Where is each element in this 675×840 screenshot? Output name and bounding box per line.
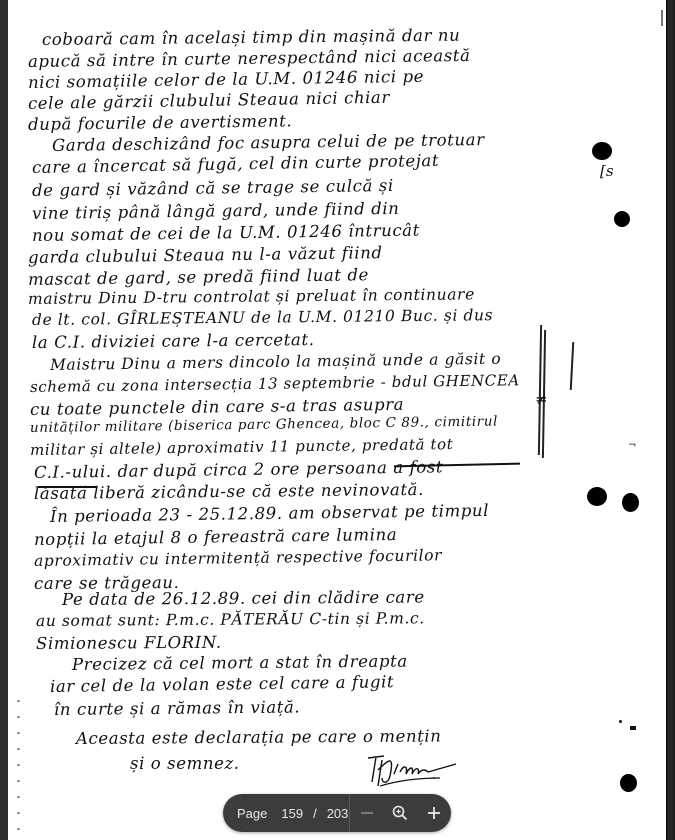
minus-icon: [360, 806, 374, 820]
page-label: Page: [237, 806, 267, 821]
document-page: coboară cam în același timp din mașină d…: [8, 0, 666, 840]
ink-blot: [587, 487, 607, 506]
page-zoom-toolbar: Page 159 / 203: [223, 794, 451, 832]
zoom-in-button[interactable]: [417, 794, 451, 832]
ink-speck: [630, 726, 636, 730]
text-line: Precizez că cel mort a stat în dreapta: [72, 651, 408, 674]
text-line: la C.I. diviziei care l-a cercetat.: [32, 330, 315, 352]
text-line: au somat sunt: P.m.c. PĂTERĂU C-tin și P…: [36, 609, 425, 630]
ink-blot: [614, 211, 630, 227]
text-line: iar cel de la volan este cel care a fugi…: [50, 672, 394, 696]
text-line: Simionescu FLORIN.: [36, 633, 222, 653]
zoom-out-button[interactable]: [350, 794, 384, 832]
text-line: și o semnez.: [130, 754, 240, 773]
text-line: în curte și a rămas în viață.: [54, 697, 300, 719]
margin-mark: ≠: [535, 390, 548, 408]
ink-blot: [622, 493, 639, 512]
text-line: care a încercat să fugă, cel din curte p…: [32, 151, 439, 177]
page-separator: /: [313, 806, 317, 821]
text-line: Pe data de 26.12.89. cei din clădire car…: [62, 587, 425, 609]
vertical-scrollbar[interactable]: [668, 0, 673, 840]
text-line: după focurile de avertisment.: [28, 111, 293, 134]
zoom-magnifier-icon: [392, 805, 408, 821]
total-pages: 203: [327, 806, 349, 821]
margin-mark: [s: [600, 162, 614, 180]
text-line: Aceasta este declarația pe care o mențin: [76, 726, 442, 748]
ink-blot: [620, 774, 637, 792]
scan-speck: [661, 10, 663, 26]
text-line: coboară cam în același timp din mașină d…: [42, 26, 461, 49]
page-indicator: Page 159 / 203: [223, 794, 347, 832]
text-line: de lt. col. GÎRLEȘTEANU de la U.M. 01210…: [32, 306, 493, 329]
pdf-viewer: coboară cam în același timp din mașină d…: [0, 0, 675, 840]
text-line: militar și altele) aproximativ 11 puncte…: [30, 435, 454, 459]
text-line: schemă cu zona intersecția 13 septembrie…: [30, 371, 520, 396]
text-line: C.I.-ului. dar după circa 2 ore persoana…: [34, 457, 443, 482]
plus-icon: [427, 806, 441, 820]
signature-image: [360, 748, 470, 790]
text-line: maistru Dinu D-tru controlat și preluat …: [28, 285, 475, 308]
underline-mark: [38, 486, 96, 488]
ink-blot: [592, 142, 612, 160]
margin-line: [570, 342, 574, 390]
text-line: lăsată liberă zicându-se că este nevinov…: [34, 480, 424, 503]
text-line: de gard și văzând că se trage se culcă ș…: [32, 176, 394, 200]
text-line: nou somat de cei de la U.M. 01246 întruc…: [32, 221, 420, 245]
text-line: În perioada 23 - 25.12.89. am observat p…: [50, 501, 489, 526]
text-line: nopții la etajul 8 o fereastră care lumi…: [34, 525, 397, 549]
zoom-fit-button[interactable]: [384, 794, 418, 832]
text-line: aproximativ cu intermitență respective f…: [34, 546, 442, 570]
text-line: garda clubului Steaua nu l-a văzut fiind: [28, 243, 383, 267]
current-page-input[interactable]: 159: [281, 806, 303, 821]
text-line: mascat de gard, se predă fiind luat de: [28, 265, 369, 289]
ink-speck: [619, 720, 622, 723]
text-line: Maistru Dinu a mers dincolo la mașină un…: [50, 350, 502, 374]
scan-edge-dots: [17, 700, 20, 840]
viewer-left-frame: [0, 0, 8, 840]
text-line: cele ale gărzii clubului Steaua nici chi…: [28, 88, 390, 113]
margin-mark: ¬: [628, 440, 636, 451]
text-line: vine tiriș până lângă gard, unde fiind d…: [32, 199, 400, 223]
